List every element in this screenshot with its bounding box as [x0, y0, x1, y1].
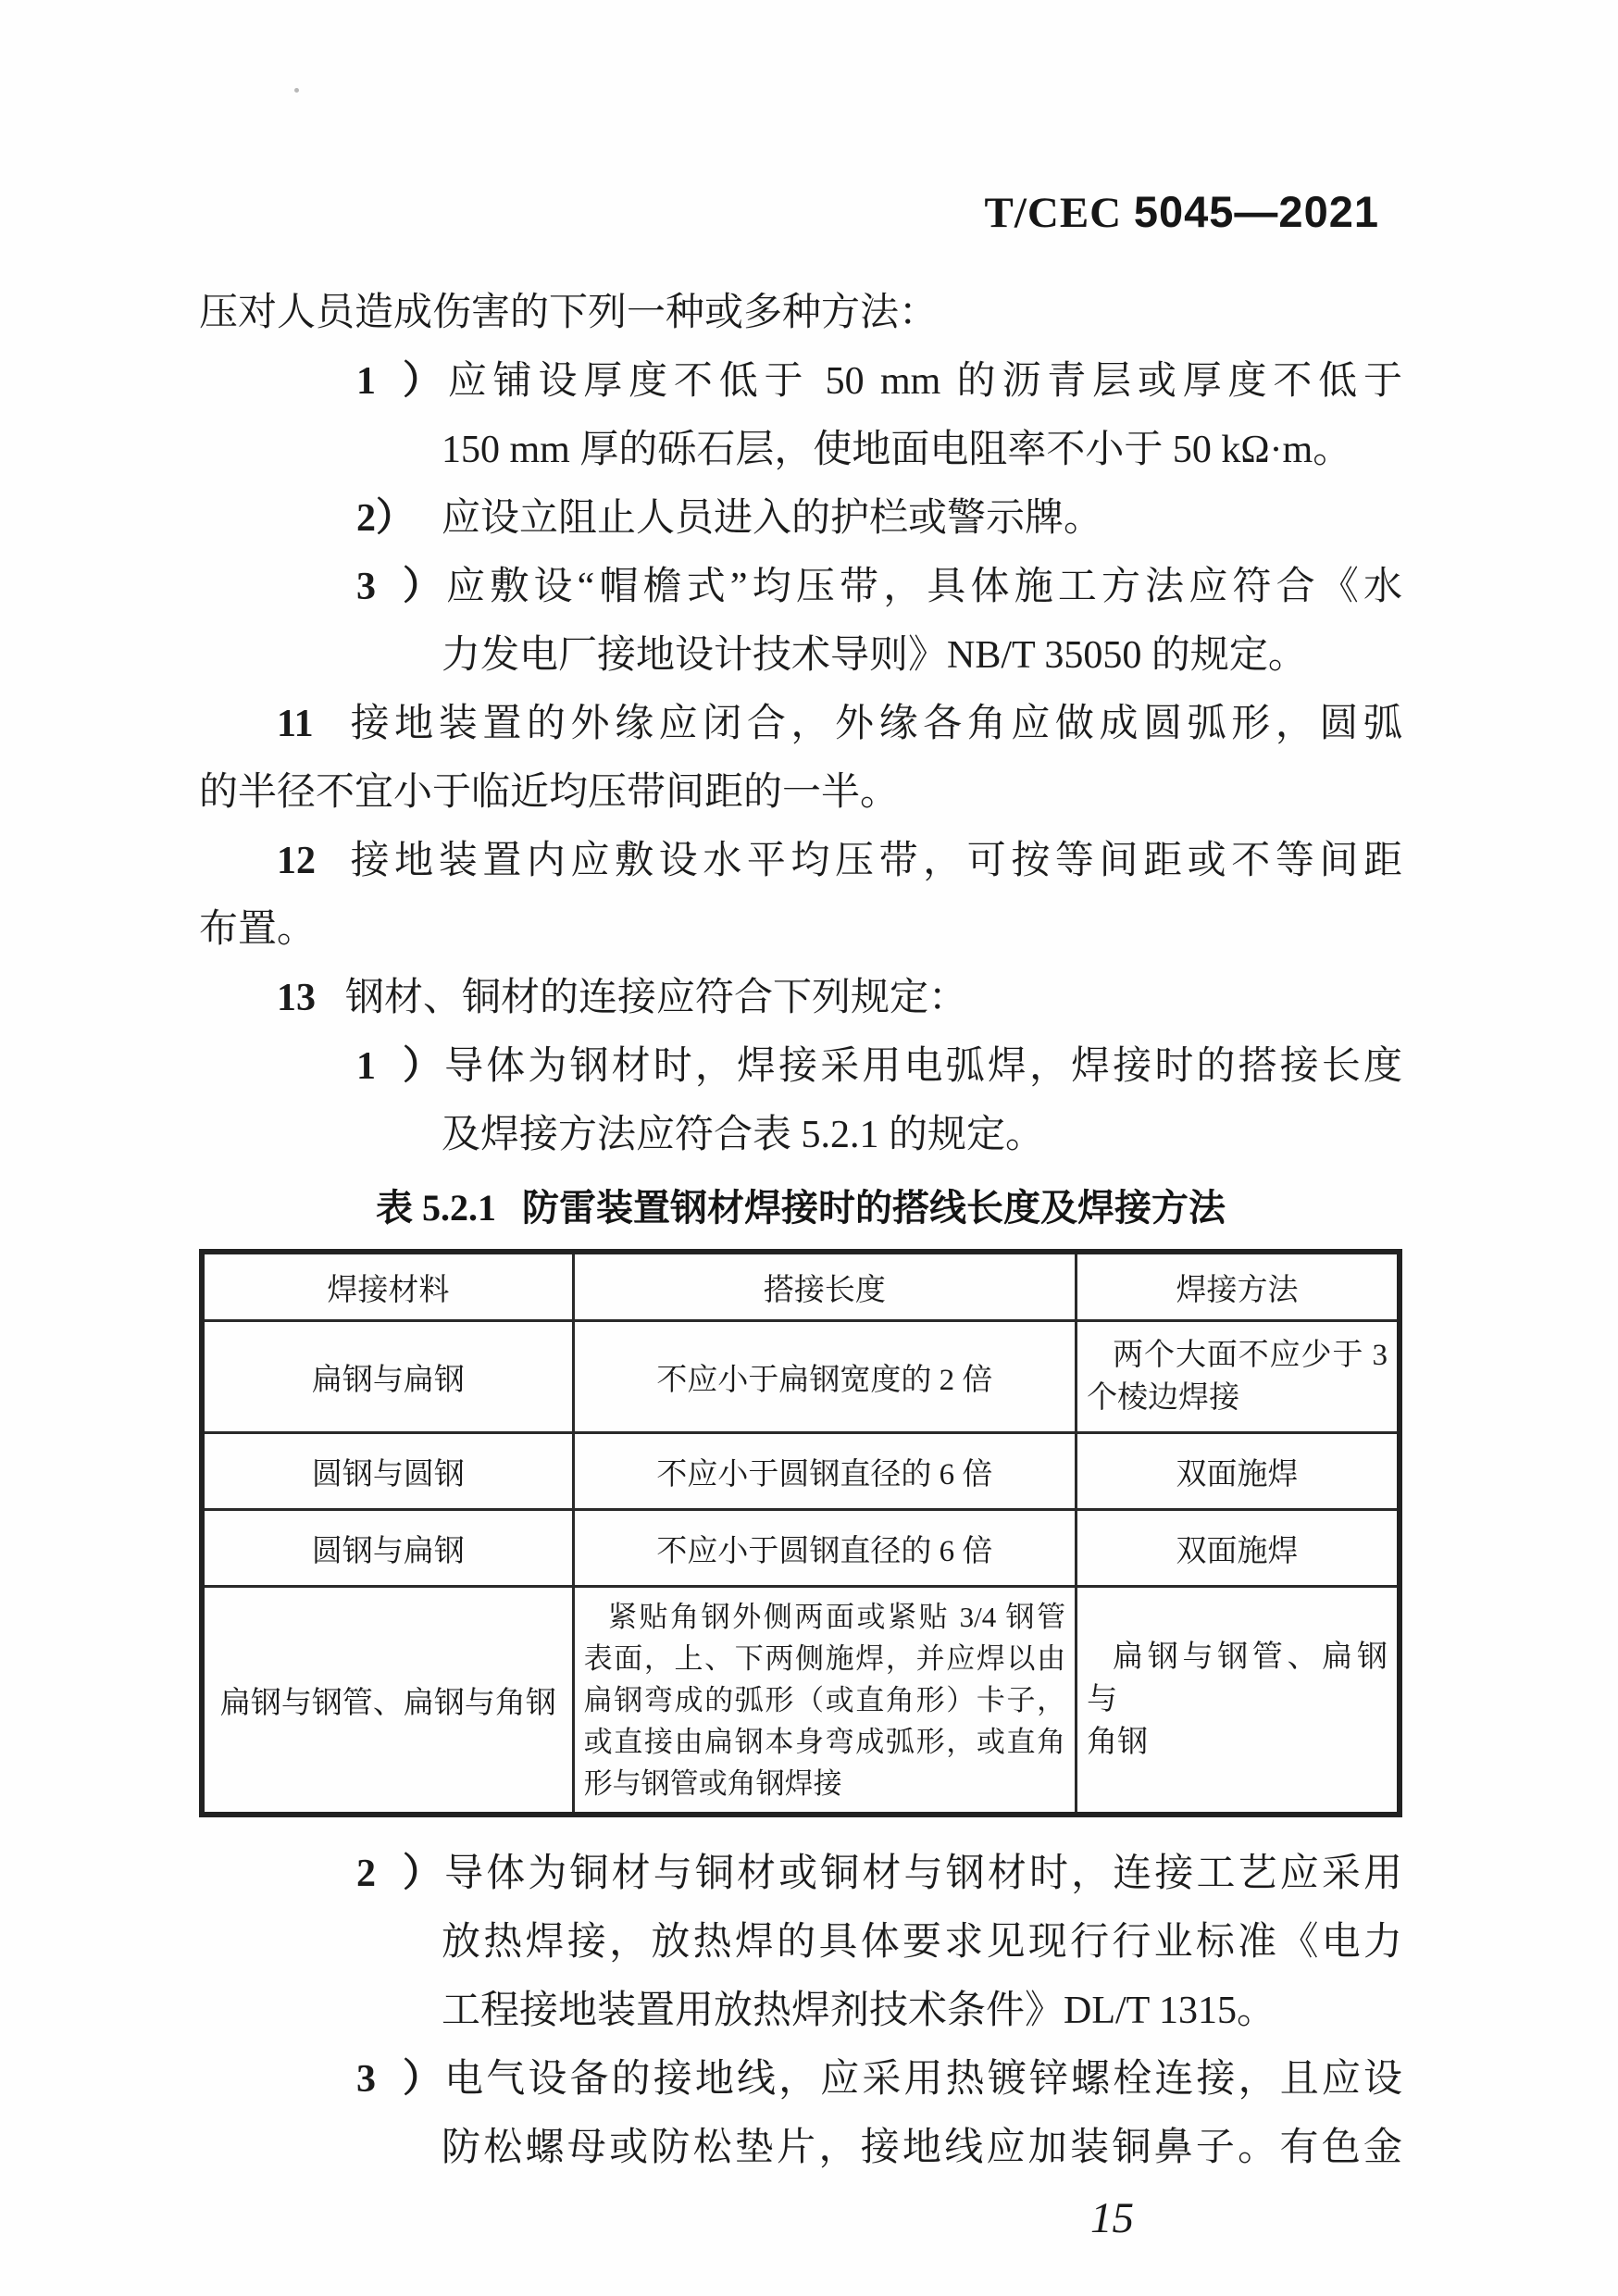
text-line: 或直接由扁钢本身弯成弧形，或直角 — [584, 1721, 1065, 1763]
cell-method: 双面施焊 — [1077, 1433, 1400, 1510]
text-line: 2）应设立阻止人员进入的护栏或警示牌。 — [356, 484, 1402, 553]
clause-number: 13 — [277, 964, 345, 1032]
text-line: 布置。 — [199, 895, 1402, 964]
text-line: 扁钢与钢管、扁钢与 — [1087, 1636, 1388, 1721]
item-number: 2） — [356, 1840, 442, 1908]
cell-length: 不应小于扁钢宽度的 2 倍 — [573, 1321, 1076, 1433]
table-caption-label: 表 5.2.1 — [376, 1187, 496, 1229]
list-item-electrical: 3）电气设备的接地线，应采用热镀锌螺栓连接，且应设 防松螺母或防松垫片，接地线应… — [199, 2045, 1402, 2182]
text-line: 形与钢管或角钢焊接 — [584, 1763, 1065, 1804]
text-line: 扁钢弯成的弧形（或直角形）卡子， — [584, 1679, 1065, 1721]
text-line-content: 电气设备的接地线，应采用热镀锌螺栓连接，且应设 — [442, 2058, 1402, 2101]
text-line: 的半径不宜小于临近均压带间距的一半。 — [199, 758, 1402, 827]
cell-method: 两个大面不应少于 3 个棱边焊接 — [1077, 1321, 1400, 1433]
text-line: 3）应敷设“帽檐式”均压带，具体施工方法应符合《水 — [356, 553, 1402, 621]
list-item-copper: 2）导体为铜材与铜材或铜材与钢材时，连接工艺应采用 放热焊接，放热焊的具体要求见… — [199, 1840, 1402, 2045]
text-line: 1）应铺设厚度不低于 50 mm 的沥青层或厚度不低于 — [356, 347, 1402, 416]
text-line-content: 钢材、铜材的连接应符合下列规定： — [345, 977, 967, 1019]
clause-13: 13钢材、铜材的连接应符合下列规定： — [199, 964, 1402, 1032]
standard-number: T/CEC 5045—2021 — [199, 185, 1402, 240]
item-number: 3） — [356, 553, 442, 621]
clause-number: 11 — [277, 690, 345, 758]
table-header-row: 焊接材料 搭接长度 焊接方法 — [202, 1252, 1400, 1321]
cell-method: 扁钢与钢管、扁钢与 角钢 — [1077, 1587, 1400, 1816]
cell-material: 圆钢与圆钢 — [202, 1433, 573, 1510]
item-number: 3） — [356, 2045, 442, 2114]
paragraph-intro: 压对人员造成伤害的下列一种或多种方法： — [199, 279, 1402, 347]
text-line: 12接地装置内应敷设水平均压带，可按等间距或不等间距 — [199, 827, 1402, 895]
standard-digits: 5045—2021 — [1134, 187, 1379, 236]
table-caption: 表 5.2.1防雷装置钢材焊接时的搭线长度及焊接方法 — [199, 1184, 1402, 1232]
document-body-after-table: 2）导体为铜材与铜材或铜材与钢材时，连接工艺应采用 放热焊接，放热焊的具体要求见… — [199, 1840, 1402, 2182]
welding-spec-table: 焊接材料 搭接长度 焊接方法 扁钢与扁钢 不应小于扁钢宽度的 2 倍 两个大面不… — [199, 1249, 1402, 1817]
scan-artifact-dot — [294, 88, 299, 93]
clause-number: 12 — [277, 827, 345, 895]
item-number: 1） — [356, 347, 442, 416]
table-row: 圆钢与圆钢 不应小于圆钢直径的 6 倍 双面施焊 — [202, 1433, 1400, 1510]
document-body: 压对人员造成伤害的下列一种或多种方法： 1）应铺设厚度不低于 50 mm 的沥青… — [199, 279, 1402, 1169]
page-number: 15 — [199, 2191, 1402, 2245]
text-line: 角钢 — [1087, 1721, 1388, 1764]
table-row: 扁钢与扁钢 不应小于扁钢宽度的 2 倍 两个大面不应少于 3 个棱边焊接 — [202, 1321, 1400, 1433]
column-header-length: 搭接长度 — [573, 1252, 1076, 1321]
text-line-content: 接地装置内应敷设水平均压带，可按等间距或不等间距 — [345, 840, 1402, 882]
cell-length: 紧贴角钢外侧两面或紧贴 3/4 钢管 表面，上、下两侧施焊，并应焊以由 扁钢弯成… — [573, 1587, 1076, 1816]
text-line: 放热焊接，放热焊的具体要求见现行行业标准《电力 — [356, 1908, 1402, 1977]
table-row: 扁钢与钢管、扁钢与角钢 紧贴角钢外侧两面或紧贴 3/4 钢管 表面，上、下两侧施… — [202, 1587, 1400, 1816]
text-line: 3）电气设备的接地线，应采用热镀锌螺栓连接，且应设 — [356, 2045, 1402, 2114]
text-line: 150 mm 厚的砾石层，使地面电阻率不小于 50 kΩ·m。 — [356, 416, 1402, 484]
text-line: 及焊接方法应符合表 5.2.1 的规定。 — [356, 1101, 1402, 1169]
column-header-method: 焊接方法 — [1077, 1252, 1400, 1321]
list-item-3: 3）应敷设“帽檐式”均压带，具体施工方法应符合《水 力发电厂接地设计技术导则》N… — [199, 553, 1402, 690]
text-line: 防松螺母或防松垫片，接地线应加装铜鼻子。有色金 — [356, 2114, 1402, 2182]
text-line: 力发电厂接地设计技术导则》NB/T 35050 的规定。 — [356, 621, 1402, 690]
table-row: 圆钢与扁钢 不应小于圆钢直径的 6 倍 双面施焊 — [202, 1510, 1400, 1587]
text-line: 紧贴角钢外侧两面或紧贴 3/4 钢管 — [584, 1596, 1065, 1638]
text-line: 1）导体为钢材时，焊接采用电弧焊，焊接时的搭接长度 — [356, 1032, 1402, 1101]
text-line-content: 应敷设“帽檐式”均压带，具体施工方法应符合《水 — [442, 566, 1402, 608]
text-line: 个棱边焊接 — [1087, 1377, 1388, 1419]
text-line: 工程接地装置用放热焊剂技术条件》DL/T 1315。 — [356, 1977, 1402, 2045]
text-line-content: 导体为钢材时，焊接采用电弧焊，焊接时的搭接长度 — [442, 1045, 1402, 1088]
clause-11: 11接地装置的外缘应闭合，外缘各角应做成圆弧形，圆弧 的半径不宜小于临近均压带间… — [199, 690, 1402, 827]
item-number: 2） — [356, 484, 442, 553]
column-header-material: 焊接材料 — [202, 1252, 573, 1321]
cell-material: 圆钢与扁钢 — [202, 1510, 573, 1587]
document-page: T/CEC 5045—2021 压对人员造成伤害的下列一种或多种方法： 1）应铺… — [0, 0, 1618, 2296]
text-line-content: 接地装置的外缘应闭合，外缘各角应做成圆弧形，圆弧 — [345, 703, 1402, 745]
list-item-2: 2）应设立阻止人员进入的护栏或警示牌。 — [199, 484, 1402, 553]
text-line-content: 应设立阻止人员进入的护栏或警示牌。 — [442, 497, 1102, 540]
list-item-1: 1）应铺设厚度不低于 50 mm 的沥青层或厚度不低于 150 mm 厚的砾石层… — [199, 347, 1402, 484]
text-line-content: 导体为铜材与铜材或铜材与钢材时，连接工艺应采用 — [442, 1853, 1402, 1895]
table-caption-title: 防雷装置钢材焊接时的搭线长度及焊接方法 — [522, 1187, 1226, 1229]
text-line: 11接地装置的外缘应闭合，外缘各角应做成圆弧形，圆弧 — [199, 690, 1402, 758]
clause-12: 12接地装置内应敷设水平均压带，可按等间距或不等间距 布置。 — [199, 827, 1402, 964]
item-number: 1） — [356, 1032, 442, 1101]
cell-material: 扁钢与钢管、扁钢与角钢 — [202, 1587, 573, 1816]
text-line: 13钢材、铜材的连接应符合下列规定： — [199, 964, 1402, 1032]
cell-material: 扁钢与扁钢 — [202, 1321, 573, 1433]
list-item-steel: 1）导体为钢材时，焊接采用电弧焊，焊接时的搭接长度 及焊接方法应符合表 5.2.… — [199, 1032, 1402, 1169]
standard-prefix: T/CEC — [984, 189, 1122, 237]
text-line: 表面，上、下两侧施焊，并应焊以由 — [584, 1638, 1065, 1679]
cell-method: 双面施焊 — [1077, 1510, 1400, 1587]
text-line: 两个大面不应少于 3 — [1087, 1334, 1388, 1377]
cell-length: 不应小于圆钢直径的 6 倍 — [573, 1510, 1076, 1587]
cell-length: 不应小于圆钢直径的 6 倍 — [573, 1433, 1076, 1510]
text-line: 2）导体为铜材与铜材或铜材与钢材时，连接工艺应采用 — [356, 1840, 1402, 1908]
text-line-content: 应铺设厚度不低于 50 mm 的沥青层或厚度不低于 — [442, 360, 1402, 403]
